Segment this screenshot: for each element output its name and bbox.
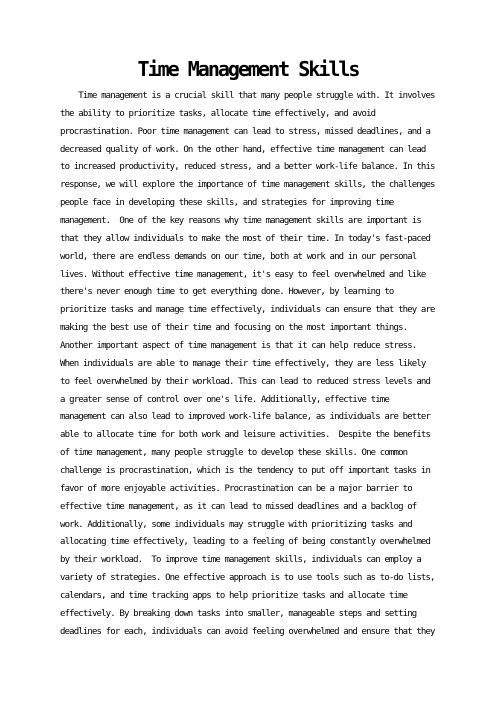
text-line: by their workload. To improve time manag… xyxy=(60,552,442,570)
text-line: making the best use of their time and fo… xyxy=(60,320,442,338)
text-line: calendars, and time tracking apps to hel… xyxy=(60,588,442,606)
text-line: prioritize tasks and manage time effecti… xyxy=(60,302,442,320)
text-line: world, there are endless demands on our … xyxy=(60,249,442,267)
text-line: people face in developing these skills, … xyxy=(60,195,442,213)
text-line: there's never enough time to get everyth… xyxy=(60,284,442,302)
text-line: lives. Without effective time management… xyxy=(60,267,442,285)
text-line: favor of more enjoyable activities. Proc… xyxy=(60,481,442,499)
text-line: response, we will explore the importance… xyxy=(60,177,442,195)
document-title: Time Management Skills xyxy=(0,59,496,79)
text-line: variety of strategies. One effective app… xyxy=(60,570,442,588)
text-line: Another important aspect of time managem… xyxy=(60,338,442,356)
text-line: decreased quality of work. On the other … xyxy=(60,142,442,160)
text-line: Time management is a crucial skill that … xyxy=(60,88,442,106)
text-line: able to allocate time for both work and … xyxy=(60,427,442,445)
text-line: procrastination. Poor time management ca… xyxy=(60,124,442,142)
text-line: effective time management, as it can lea… xyxy=(60,499,442,517)
text-line: allocating time effectively, leading to … xyxy=(60,534,442,552)
text-line: the ability to prioritize tasks, allocat… xyxy=(60,106,442,124)
document-page: Time Management Skills Time management i… xyxy=(0,0,496,702)
text-line: to feel overwhelmed by their workload. T… xyxy=(60,374,442,392)
document-body: Time management is a crucial skill that … xyxy=(60,88,442,642)
text-line: management. One of the key reasons why t… xyxy=(60,213,442,231)
text-line: effectively. By breaking down tasks into… xyxy=(60,606,442,624)
text-line: that they allow individuals to make the … xyxy=(60,231,442,249)
text-line: work. Additionally, some individuals may… xyxy=(60,517,442,535)
text-line: of time management, many people struggle… xyxy=(60,445,442,463)
text-line: a greater sense of control over one's li… xyxy=(60,392,442,410)
text-line: When individuals are able to manage thei… xyxy=(60,356,442,374)
text-line: challenge is procrastination, which is t… xyxy=(60,463,442,481)
text-line: management can also lead to improved wor… xyxy=(60,409,442,427)
text-line: deadlines for each, individuals can avoi… xyxy=(60,624,442,642)
text-line: to increased productivity, reduced stres… xyxy=(60,159,442,177)
